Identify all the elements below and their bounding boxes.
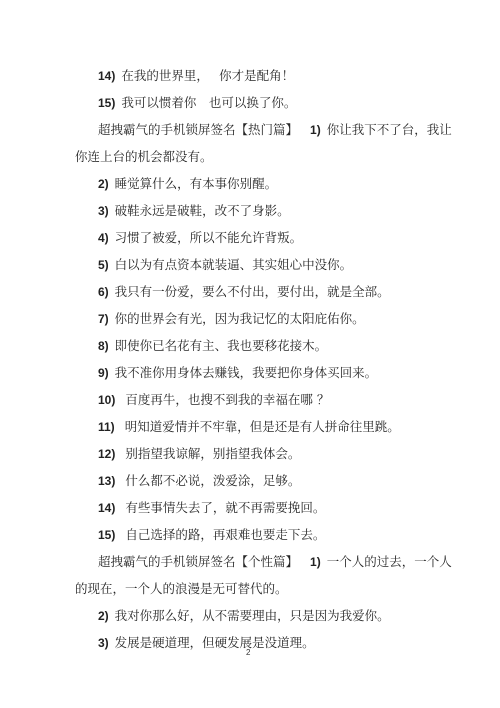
list-item: 3)发展是硬道理，但硬发展是没道理。 [98,635,315,651]
list-item: 14)在我的世界里， 你才是配角！ [98,68,294,84]
list-item: 14)有些事情失去了，就不再需要挽回。 [98,500,325,516]
paragraph-continuation: 的现在，一个人的浪漫是无可替代的。 [75,581,288,597]
list-item: 7)你的世界会有光，因为我记忆的太阳庇佑你。 [98,311,365,327]
list-item: 6)我只有一份爱，要么不付出，要付出，就是全部。 [98,284,390,300]
section-heading-personality: 超拽霸气的手机锁屏签名【个性篇】1)一个人的过去，一个人 [98,554,452,570]
list-item: 8)即使你已名花有主、我也要移花接木。 [98,338,327,354]
list-item: 4)习惯了被爱，所以不能允许背叛。 [98,230,302,246]
paragraph-continuation: 你连上台的机会都没有。 [75,149,213,165]
list-item: 10)百度再牛，也搜不到我的幸福在哪 ？ [98,392,329,408]
list-item: 15)我可以惯着你 也可以换了你。 [98,95,296,111]
list-item: 2)我对你那么好，从不需要理由，只是因为我爱你。 [98,608,390,624]
list-item: 12)别指望我谅解，别指望我体会。 [98,446,300,462]
list-item: 3)破鞋永远是破鞋，改不了身影。 [98,203,290,219]
list-item: 9)我不准你用身体去赚钱，我要把你身体买回来。 [98,365,377,381]
list-item: 11)明知道爱情并不牢靠，但是还是有人拼命往里跳。 [98,419,400,435]
list-item: 15)自己选择的路，再艰难也要走下去。 [98,527,325,543]
list-item: 2)睡觉算什么，有本事你别醒。 [98,176,277,192]
section-heading-popular: 超拽霸气的手机锁屏签名【热门篇】1)你让我下不了台，我让 [98,122,452,138]
list-item: 13)什么都不必说，泼爱涂，足够。 [98,473,300,489]
page-number: 2 [246,648,250,657]
list-item: 5)白以为有点资本就装逼、其实姐心中没你。 [98,257,352,273]
